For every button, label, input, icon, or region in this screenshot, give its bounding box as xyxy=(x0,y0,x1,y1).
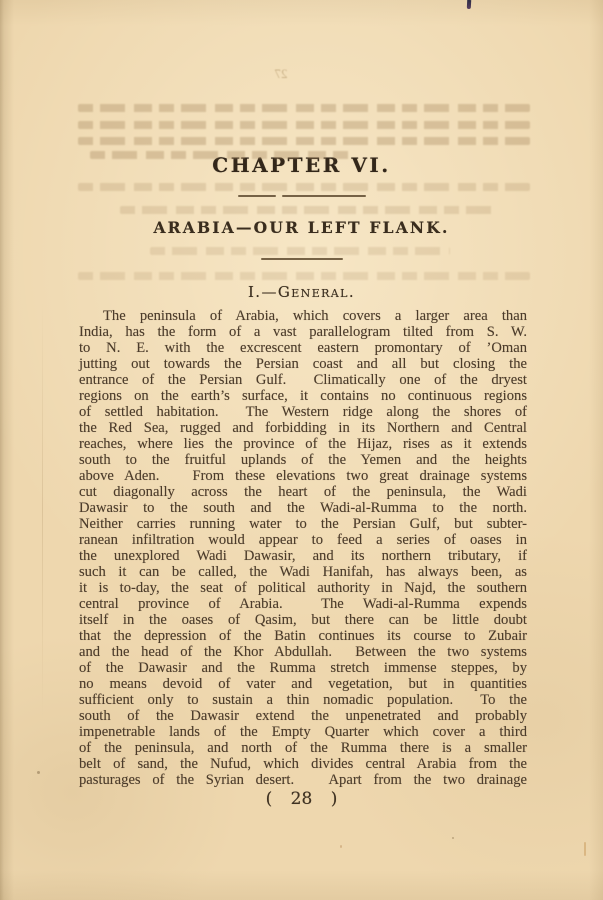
bleedthrough-text-line xyxy=(78,104,530,112)
bleedthrough-text-line xyxy=(78,121,530,129)
rule-segment xyxy=(282,195,366,197)
rule-segment xyxy=(238,195,276,197)
paper-speck xyxy=(452,837,454,839)
text-line: The peninsula of Arabia, which covers a … xyxy=(79,308,527,324)
text-line: jutting out towards the Persian coast an… xyxy=(79,356,527,372)
text-line: entrance of the Persian Gulf. Climatical… xyxy=(79,372,527,388)
text-line: central province of Arabia. The Wadi-al-… xyxy=(79,596,527,612)
text-line: Dawasir to the south and the Wadi-al-Rum… xyxy=(79,500,527,516)
chapter-title: ARABIA—OUR LEFT FLANK. xyxy=(0,217,603,239)
text-line: to N. E. with the excrescent eastern pro… xyxy=(79,340,527,356)
text-line: and the head of the Khor Abdullah. Betwe… xyxy=(79,644,527,660)
bleedthrough-page-number: 27 xyxy=(270,66,292,82)
section-heading: I.—General. xyxy=(0,282,603,302)
bleedthrough-text-line xyxy=(78,183,530,191)
text-line: India, has the form of a vast parallelog… xyxy=(79,324,527,340)
bleedthrough-text-line xyxy=(150,247,450,255)
text-line: regions on the earth’s surface, it conta… xyxy=(79,388,527,404)
bleedthrough-text-line xyxy=(78,137,530,145)
text-line: of settled habitation. The Western ridge… xyxy=(79,404,527,420)
bleedthrough-text-line xyxy=(78,272,530,280)
book-page: 27 CHAPTER VI. ARABIA—OUR LEFT FLANK. I.… xyxy=(0,0,603,900)
text-line: sufficient only to sustain a thin nomadi… xyxy=(79,692,527,708)
text-line: belt of sand, the Nufud, which divides c… xyxy=(79,756,527,772)
text-line: of the peninsula, and north of the Rumma… xyxy=(79,740,527,756)
bleedthrough-text-line xyxy=(120,206,500,214)
text-line: that the depression of the Batin continu… xyxy=(79,628,527,644)
text-line: pasturages of the Syrian desert. Apart f… xyxy=(79,772,527,788)
text-line: it is to-day, the seat of political auth… xyxy=(79,580,527,596)
text-line: reaches, where lies the province of the … xyxy=(79,436,527,452)
page-number: ( 28 ) xyxy=(0,788,603,810)
chapter-rule xyxy=(238,195,366,197)
body-paragraph: The peninsula of Arabia, which covers a … xyxy=(79,308,527,788)
text-line: above Aden. From these elevations two gr… xyxy=(79,468,527,484)
paper-speck xyxy=(340,845,342,848)
text-line: Neither carries running water to the Per… xyxy=(79,516,527,532)
text-line: cut diagonally across the heart of the p… xyxy=(79,484,527,500)
text-line: of the Dawasir and the Rumma stretch imm… xyxy=(79,660,527,676)
bleedthrough-text-line xyxy=(90,151,352,159)
paper-crease xyxy=(42,300,43,720)
text-line: ranean infiltration would appear to feed… xyxy=(79,532,527,548)
text-line: impenetrable lands of the Empty Quarter … xyxy=(79,724,527,740)
text-line: itself in the oases of Qasim, but there … xyxy=(79,612,527,628)
text-line: south of the Dawasir extend the unpenetr… xyxy=(79,708,527,724)
ink-mark xyxy=(467,0,471,9)
text-line: south to the fruitful uplands of the Yem… xyxy=(79,452,527,468)
text-line: the Red Sea, rugged and forbidding in it… xyxy=(79,420,527,436)
text-line: the unexplored Wadi Dawasir, and its nor… xyxy=(79,548,527,564)
text-line: no means devoid of vater and vegetation,… xyxy=(79,676,527,692)
title-rule xyxy=(261,258,343,260)
paper-speck xyxy=(37,771,40,774)
text-line: such it can be called, the Wadi Hanifah,… xyxy=(79,564,527,580)
paper-fiber xyxy=(584,842,586,856)
